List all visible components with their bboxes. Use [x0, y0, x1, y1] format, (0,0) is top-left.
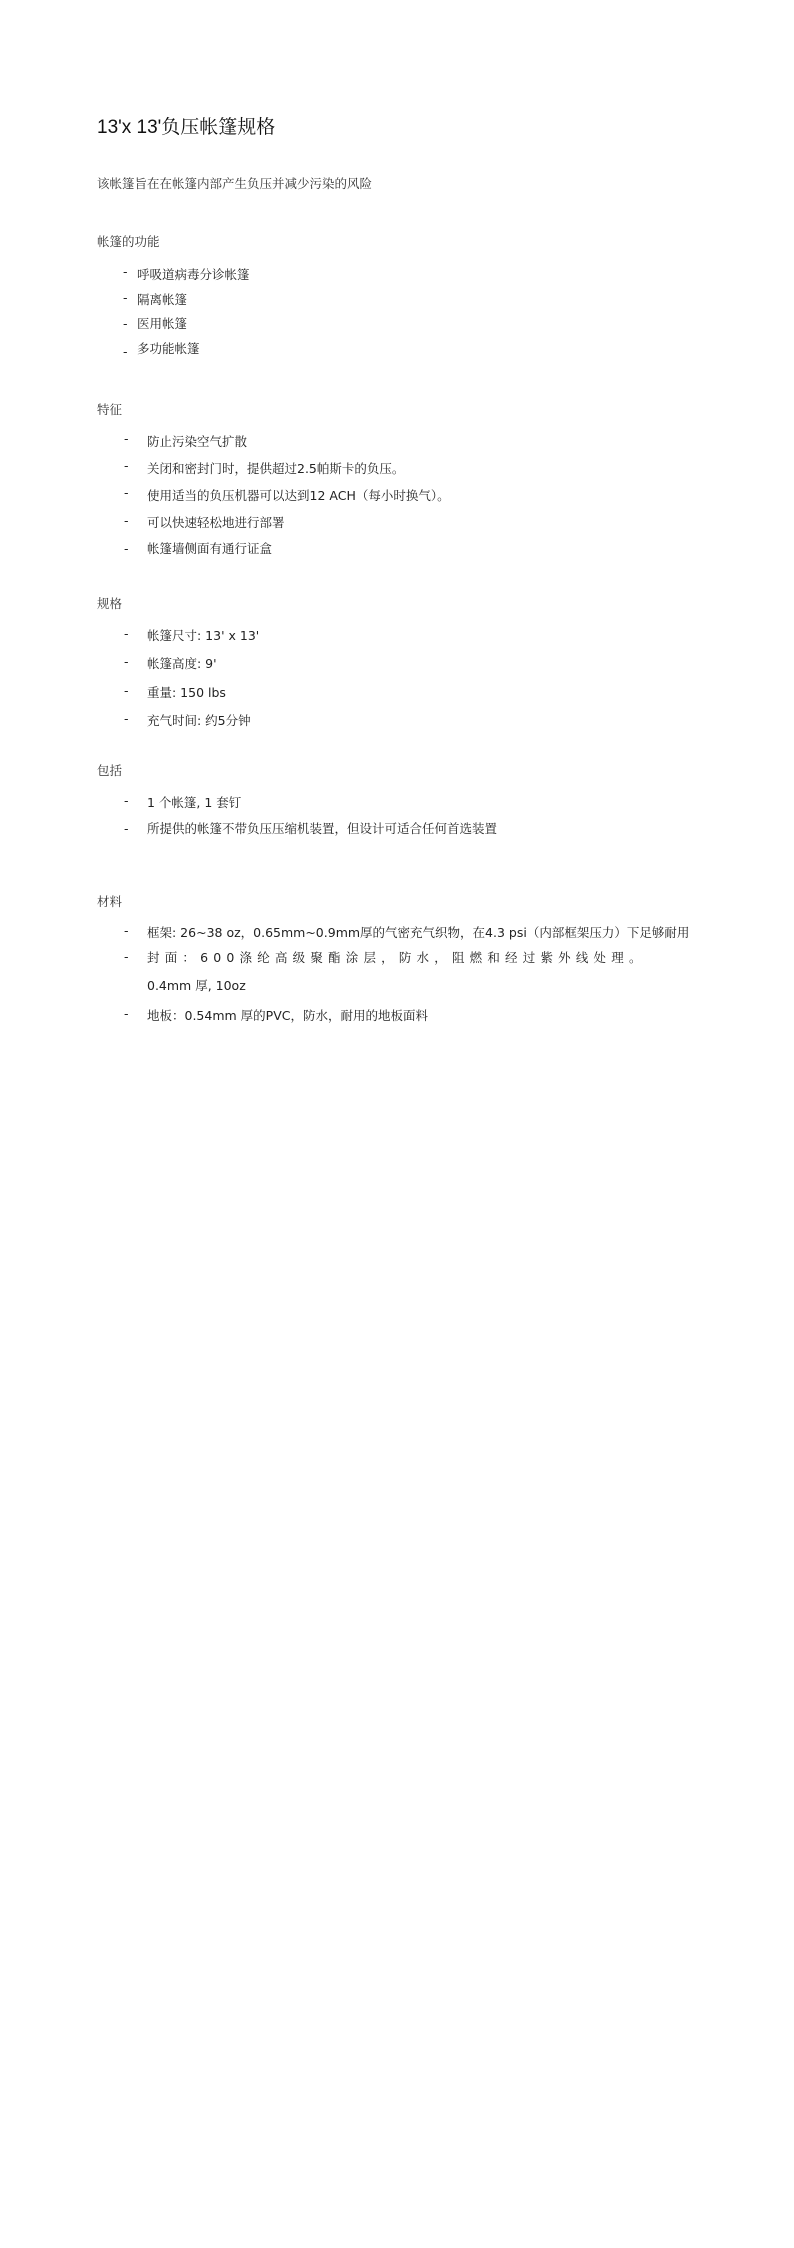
bullet-dash: - — [124, 513, 129, 528]
section-heading-features: 特征 — [97, 400, 122, 418]
list-item: 使用适当的负压机器可以达到12 ACH（每小时换气）。 — [147, 486, 450, 504]
list-item: 重量: 150 lbs — [147, 683, 226, 701]
page-subtitle: 该帐篷旨在在帐篷内部产生负压并减少污染的风险 — [97, 174, 372, 192]
bullet-dash: - — [123, 316, 128, 331]
list-item: 医用帐篷 — [137, 314, 187, 332]
list-item: 呼吸道病毒分诊帐篷 — [137, 265, 250, 283]
list-item: 防止污染空气扩散 — [147, 432, 247, 450]
list-item: 多功能帐篷 — [137, 339, 200, 357]
list-item: 框架: 26~38 oz，0.65mm~0.9mm厚的气密充气织物，在4.3 p… — [147, 923, 689, 941]
bullet-dash: - — [123, 264, 128, 279]
list-item: 地板：0.54mm 厚的PVC，防水，耐用的地板面料 — [147, 1006, 428, 1024]
list-item: 可以快速轻松地进行部署 — [147, 513, 285, 531]
section-heading-materials: 材料 — [97, 892, 122, 910]
bullet-dash: - — [124, 683, 129, 698]
section-heading-functions: 帐篷的功能 — [97, 232, 160, 250]
bullet-dash: - — [124, 821, 129, 836]
bullet-dash: - — [124, 923, 129, 938]
list-item: 帐篷尺寸: 13' x 13' — [147, 626, 259, 644]
list-item: 隔离帐篷 — [137, 290, 187, 308]
list-item: 关闭和密封门时，提供超过2.5帕斯卡的负压。 — [147, 459, 404, 477]
list-item: 充气时间: 约5分钟 — [147, 711, 251, 729]
list-item: 帐篷墙侧面有通行证盒 — [147, 539, 272, 557]
page-title: 13'x 13'负压帐篷规格 — [97, 112, 275, 139]
bullet-dash: - — [123, 344, 128, 359]
bullet-dash: - — [124, 949, 129, 964]
bullet-dash: - — [124, 1006, 129, 1021]
bullet-dash: - — [124, 458, 129, 473]
bullet-dash: - — [124, 711, 129, 726]
bullet-dash: - — [124, 485, 129, 500]
bullet-dash: - — [124, 541, 129, 556]
section-heading-included: 包括 — [97, 761, 122, 779]
bullet-dash: - — [123, 290, 128, 305]
list-item-continuation: 0.4mm 厚, 10oz — [147, 976, 246, 994]
bullet-dash: - — [124, 793, 129, 808]
list-item: 1 个帐篷, 1 套钉 — [147, 793, 241, 811]
bullet-dash: - — [124, 431, 129, 446]
bullet-dash: - — [124, 654, 129, 669]
list-item: 帐篷高度: 9' — [147, 654, 217, 672]
section-heading-specs: 规格 — [97, 594, 122, 612]
bullet-dash: - — [124, 626, 129, 641]
list-item: 所提供的帐篷不带负压压缩机装置，但设计可适合任何首选装置 — [147, 819, 497, 837]
list-item: 封面：600涤纶高级聚酯涂层，防水，阻燃和经过紫外线处理。 — [147, 948, 647, 966]
